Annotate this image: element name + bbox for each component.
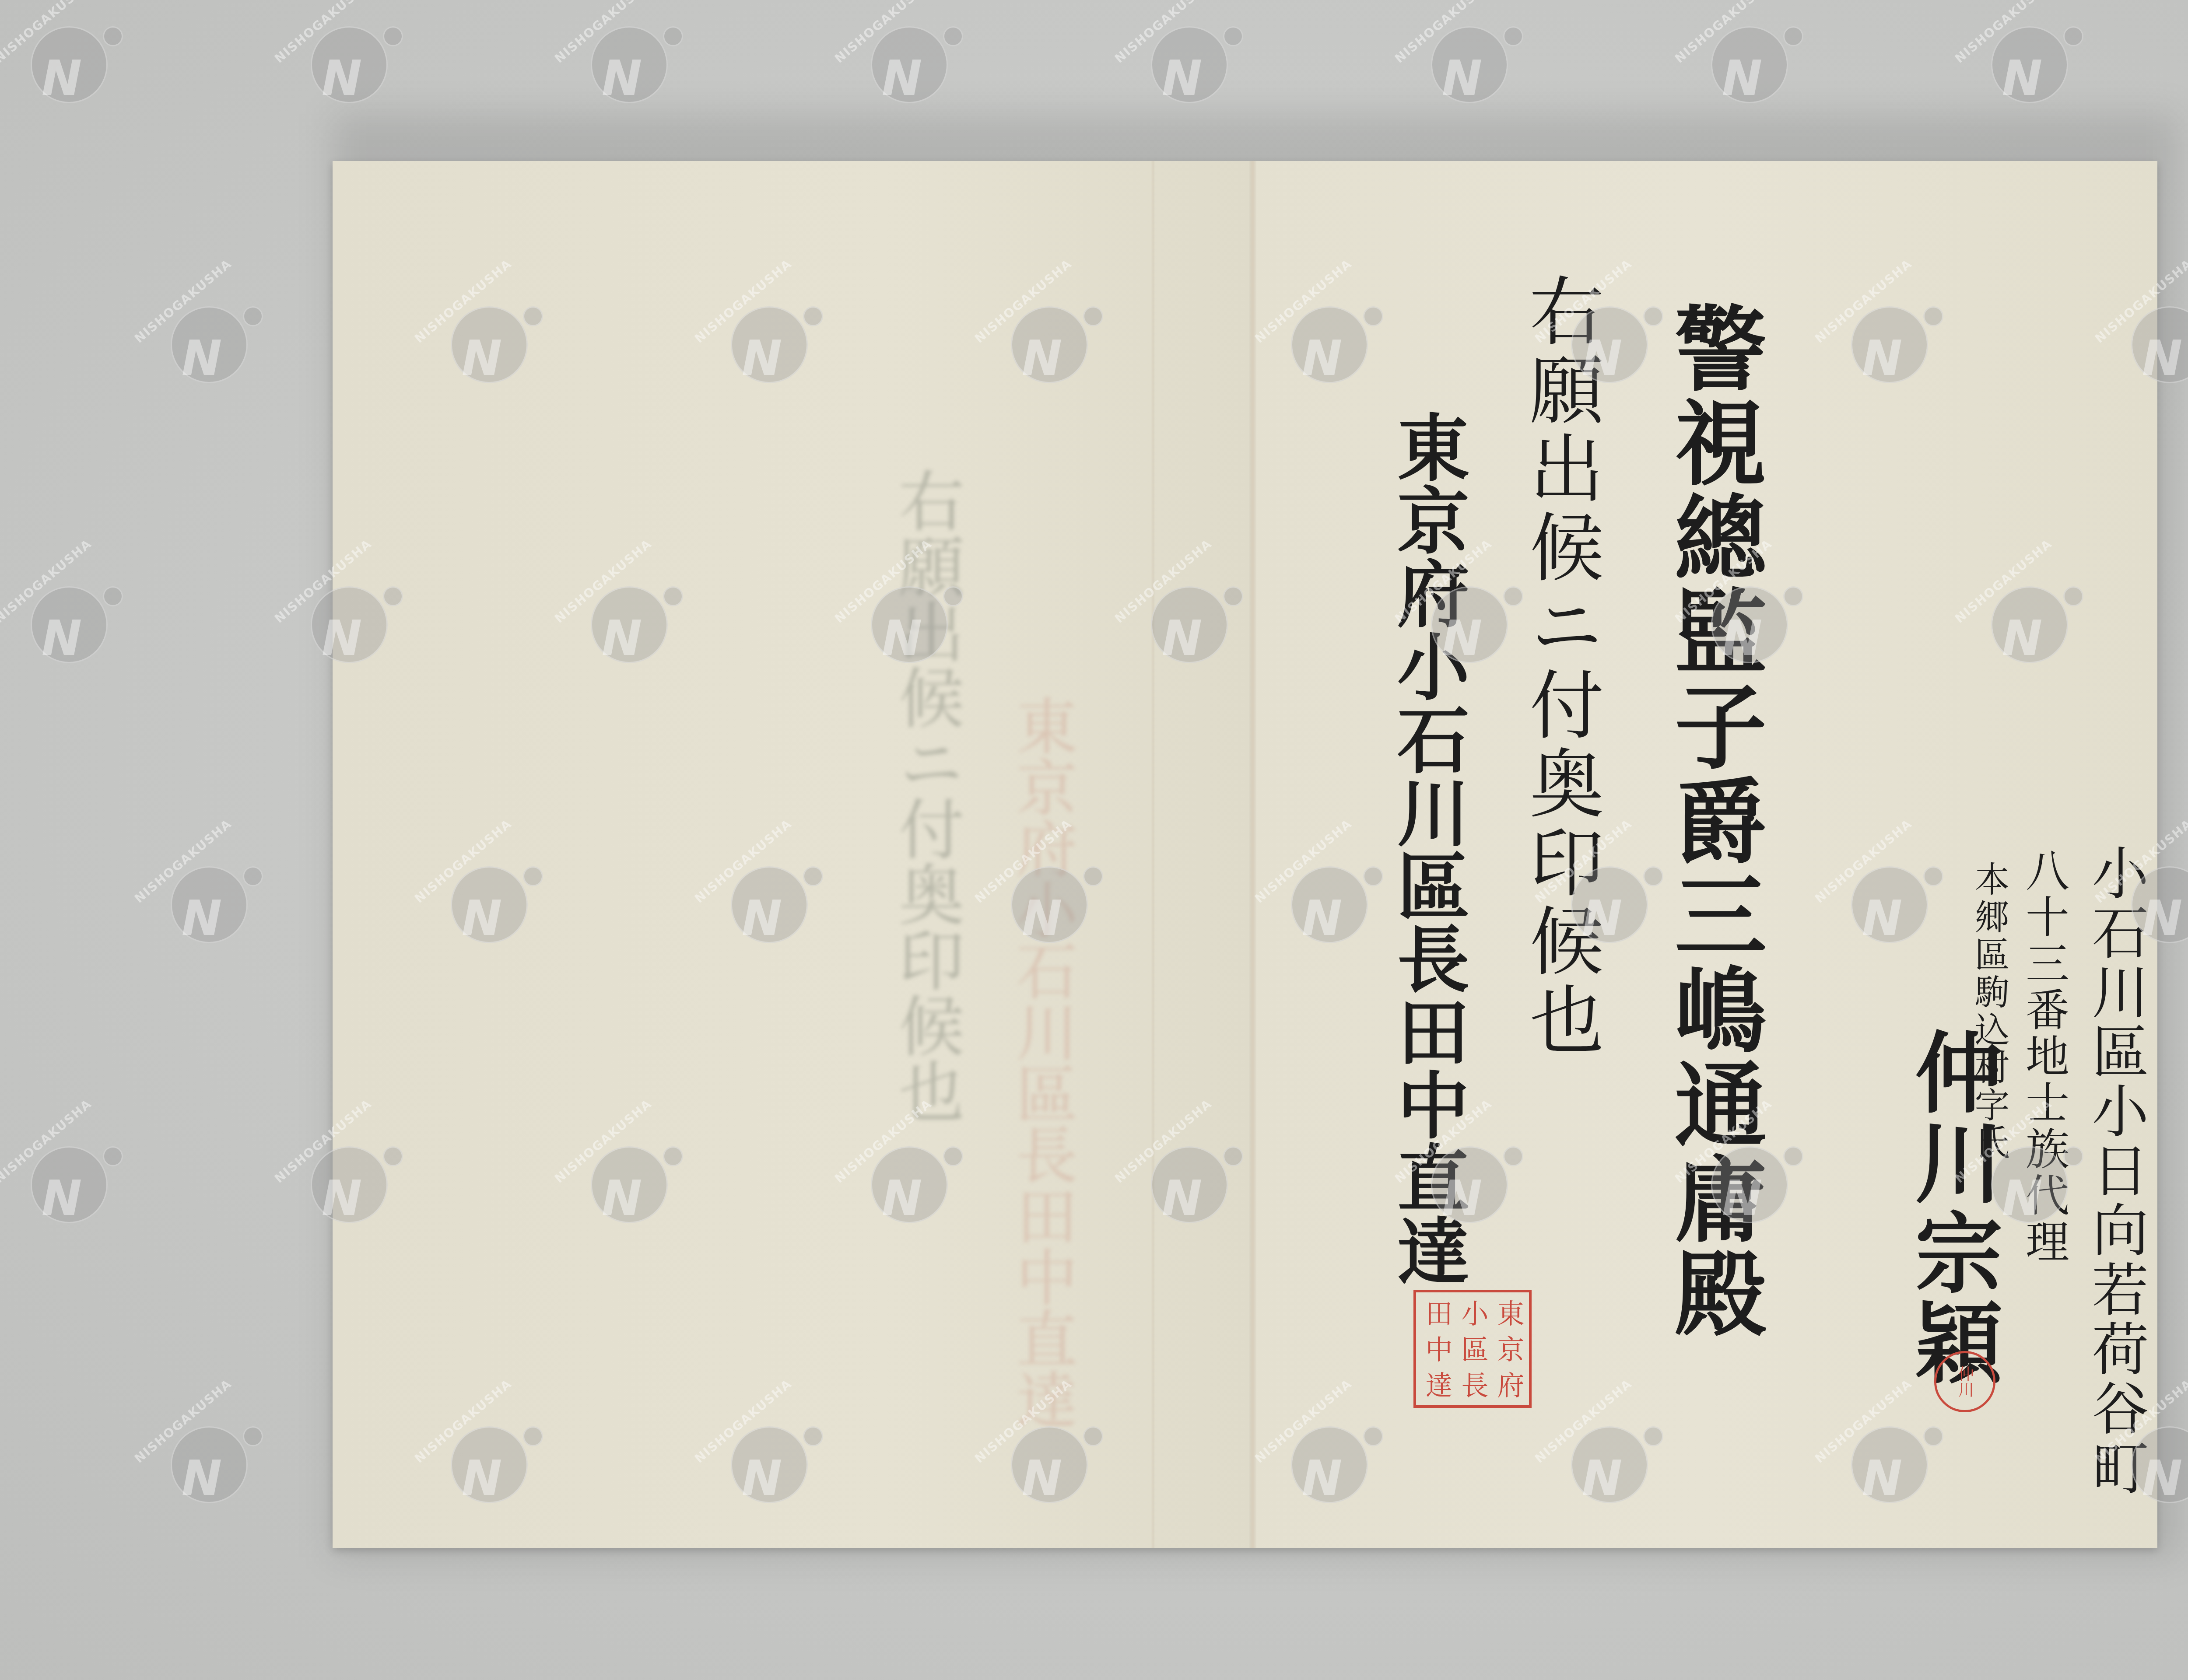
ward-chief-seal: 東 小 田 京 區 中 府 長 達 <box>1413 1290 1532 1408</box>
bleed-through-ink: 右願出候ニ付奥印候也 <box>893 467 958 1123</box>
page-crease <box>1151 161 1155 1548</box>
personal-seal: 仲川 <box>1934 1351 1995 1412</box>
document-spread: 右願出候ニ付奥印候也 東京府小石川區長田中直達 警視總監子爵三嶋通庸殿 右願出候… <box>333 161 2157 1548</box>
sender-column: 東京府小石川區長田中直達 <box>1392 410 1464 1287</box>
addressee-column: 警視總監子爵三嶋通庸殿 <box>1667 301 1759 1340</box>
request-column: 右願出候ニ付奥印候也 <box>1523 273 1597 1060</box>
note-column-2: 八十三番地士族代理 <box>2022 848 2065 1265</box>
spine-fold <box>1249 161 1256 1548</box>
bleed-through-ink: 東京府小石川區長田中直達 <box>1011 695 1072 1430</box>
left-page: 右願出候ニ付奥印候也 東京府小石川區長田中直達 <box>333 161 1252 1548</box>
note-column-1: 小石川區小日向若荷谷町 <box>2087 843 2144 1498</box>
signature-column: 仲川宗穎 <box>1908 1027 1995 1388</box>
